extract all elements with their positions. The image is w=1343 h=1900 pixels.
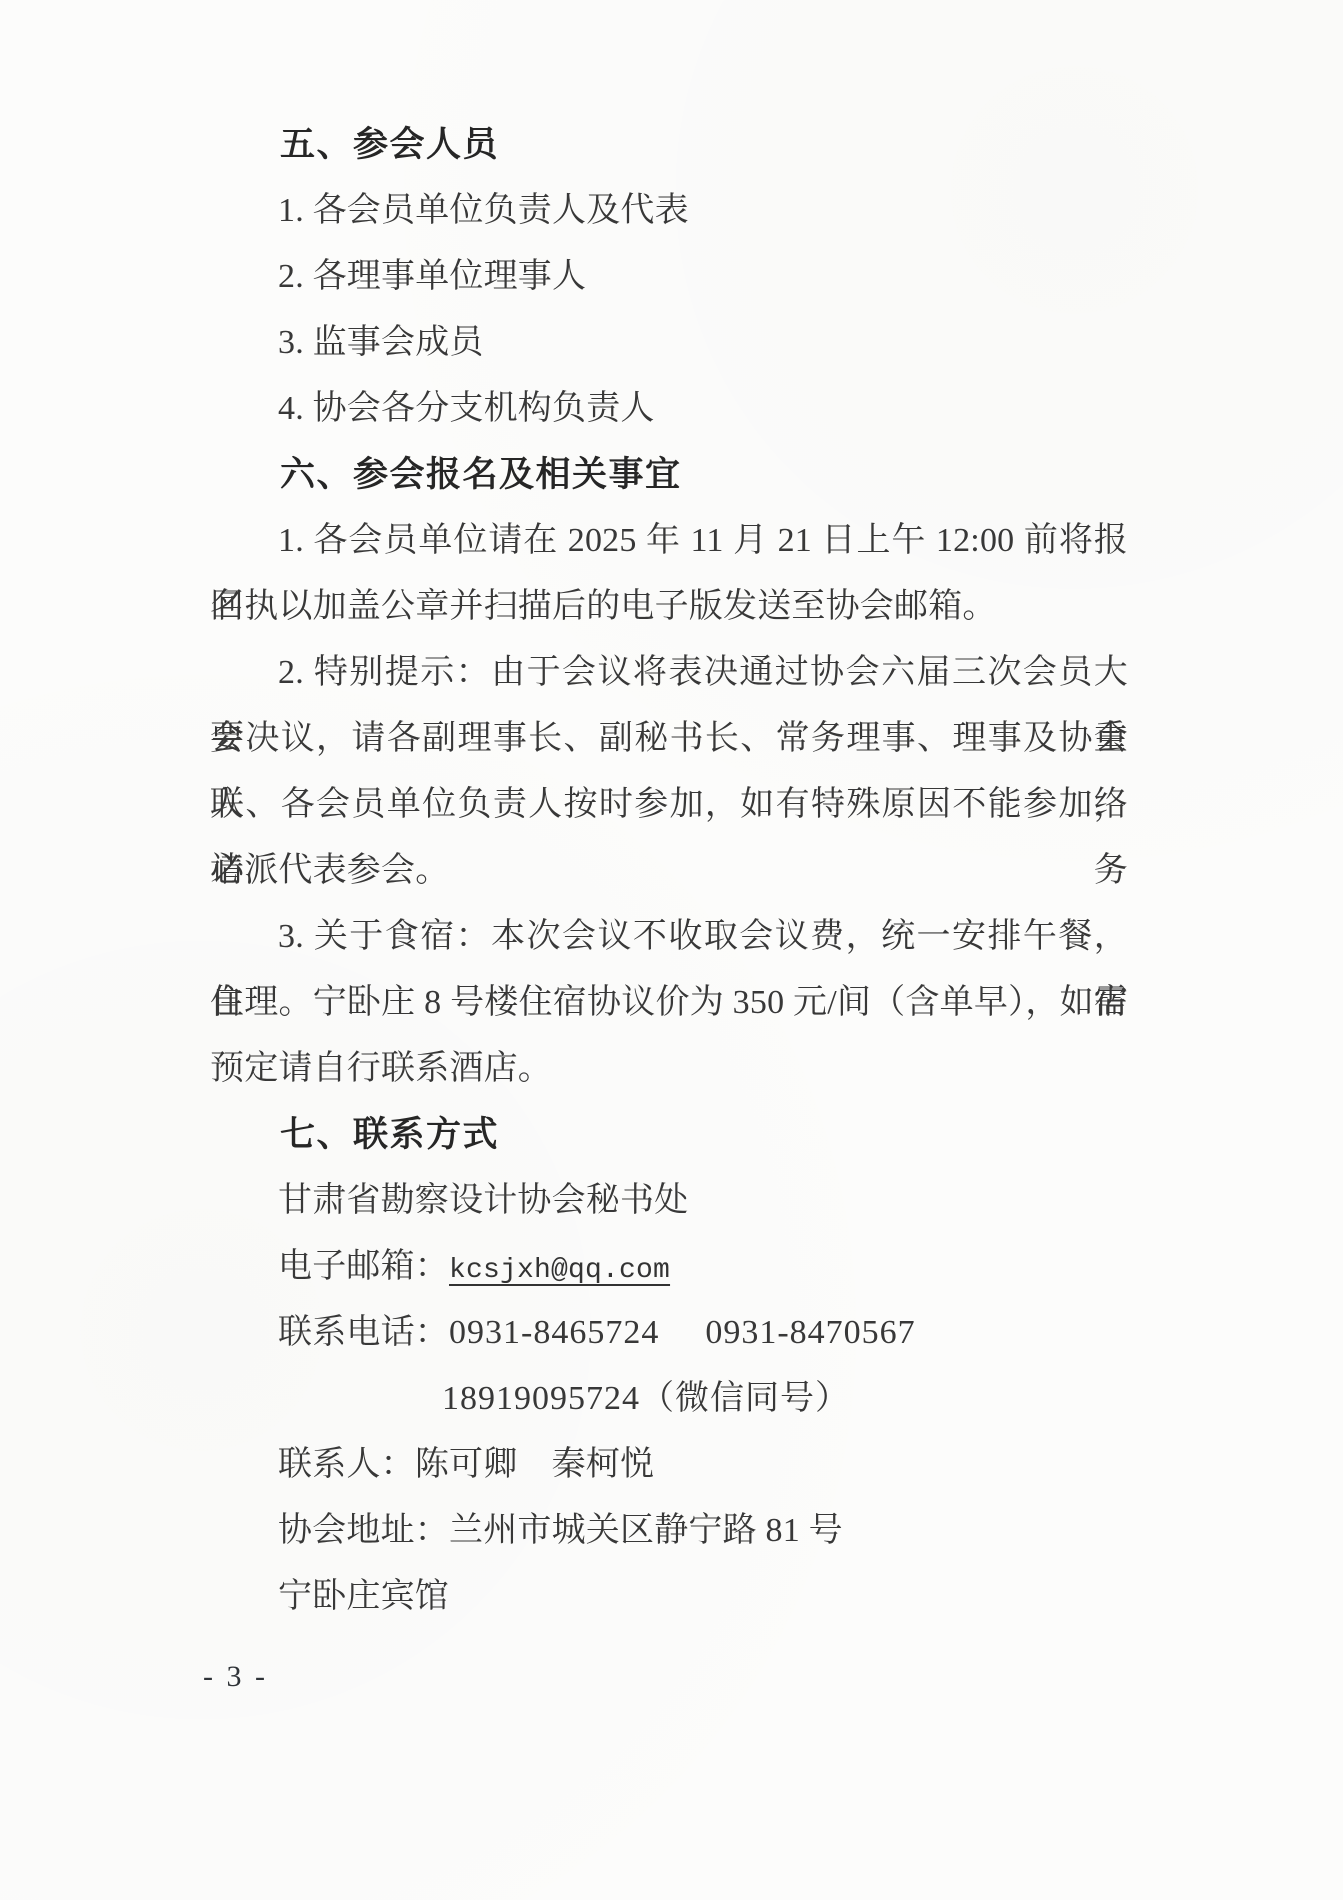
contact-person-label: 联系人：: [278, 1446, 415, 1483]
contact-person-line: 联系人：陈可卿 秦柯悦: [210, 1432, 1128, 1498]
section6-para3-line2: 自理。宁卧庄 8 号楼住宿协议价为 350 元/间（含单早），如需: [210, 970, 1128, 1036]
section6-para1-line2: 回执以加盖公章并扫描后的电子版发送至协会邮箱。: [210, 574, 1128, 640]
phone-number-3: 18919095724（微信同号）: [210, 1366, 1128, 1432]
email-address: kcsjxh@qq.com: [449, 1255, 670, 1286]
section5-item-4: 4. 协会各分支机构负责人: [210, 376, 1128, 442]
section5-heading: 五、参会人员: [210, 112, 1128, 178]
section6-para1-line1: 1. 各会员单位请在 2025 年 11 月 21 日上午 12:00 前将报名: [210, 508, 1128, 574]
secretariat-name: 甘肃省勘察设计协会秘书处: [210, 1168, 1128, 1234]
section6-para2-line2: 要决议，请各副理事长、副秘书长、常务理事、理事及协会联络: [210, 706, 1128, 772]
email-label: 电子邮箱：: [278, 1248, 449, 1285]
section6-para2-line1: 2. 特别提示：由于会议将表决通过协会六届三次会员大会重: [210, 640, 1128, 706]
address-label: 协会地址：: [278, 1512, 449, 1549]
section6-para2-line3: 人、各会员单位负责人按时参加，如有特殊原因不能参加，请务: [210, 772, 1128, 838]
phone-number-2: 0931-8470567: [705, 1314, 915, 1351]
phone-number-1: 0931-8465724: [449, 1314, 659, 1351]
document-text-block: 五、参会人员 1. 各会员单位负责人及代表 2. 各理事单位理事人 3. 监事会…: [210, 112, 1128, 1630]
address-value: 兰州市城关区静宁路 81 号: [449, 1512, 843, 1549]
phone-line: 联系电话：0931-84657240931-8470567: [210, 1300, 1128, 1366]
section6-heading: 六、参会报名及相关事宜: [210, 442, 1128, 508]
contact-person-names: 陈可卿 秦柯悦: [415, 1446, 654, 1483]
section5-item-3: 3. 监事会成员: [210, 310, 1128, 376]
section5-item-1: 1. 各会员单位负责人及代表: [210, 178, 1128, 244]
section6-para3-line3: 预定请自行联系酒店。: [210, 1036, 1128, 1102]
section5-item-2: 2. 各理事单位理事人: [210, 244, 1128, 310]
address-line-2: 宁卧庄宾馆: [210, 1564, 1128, 1630]
section7-heading: 七、联系方式: [210, 1102, 1128, 1168]
section6-para3-line1: 3. 关于食宿：本次会议不收取会议费，统一安排午餐，住宿: [210, 904, 1128, 970]
address-line-1: 协会地址：兰州市城关区静宁路 81 号: [210, 1498, 1128, 1564]
email-line: 电子邮箱：kcsjxh@qq.com: [210, 1234, 1128, 1300]
page-number: - 3 -: [203, 1660, 268, 1694]
scanned-document-page: 五、参会人员 1. 各会员单位负责人及代表 2. 各理事单位理事人 3. 监事会…: [0, 0, 1343, 1900]
phone-label: 联系电话：: [278, 1314, 449, 1351]
